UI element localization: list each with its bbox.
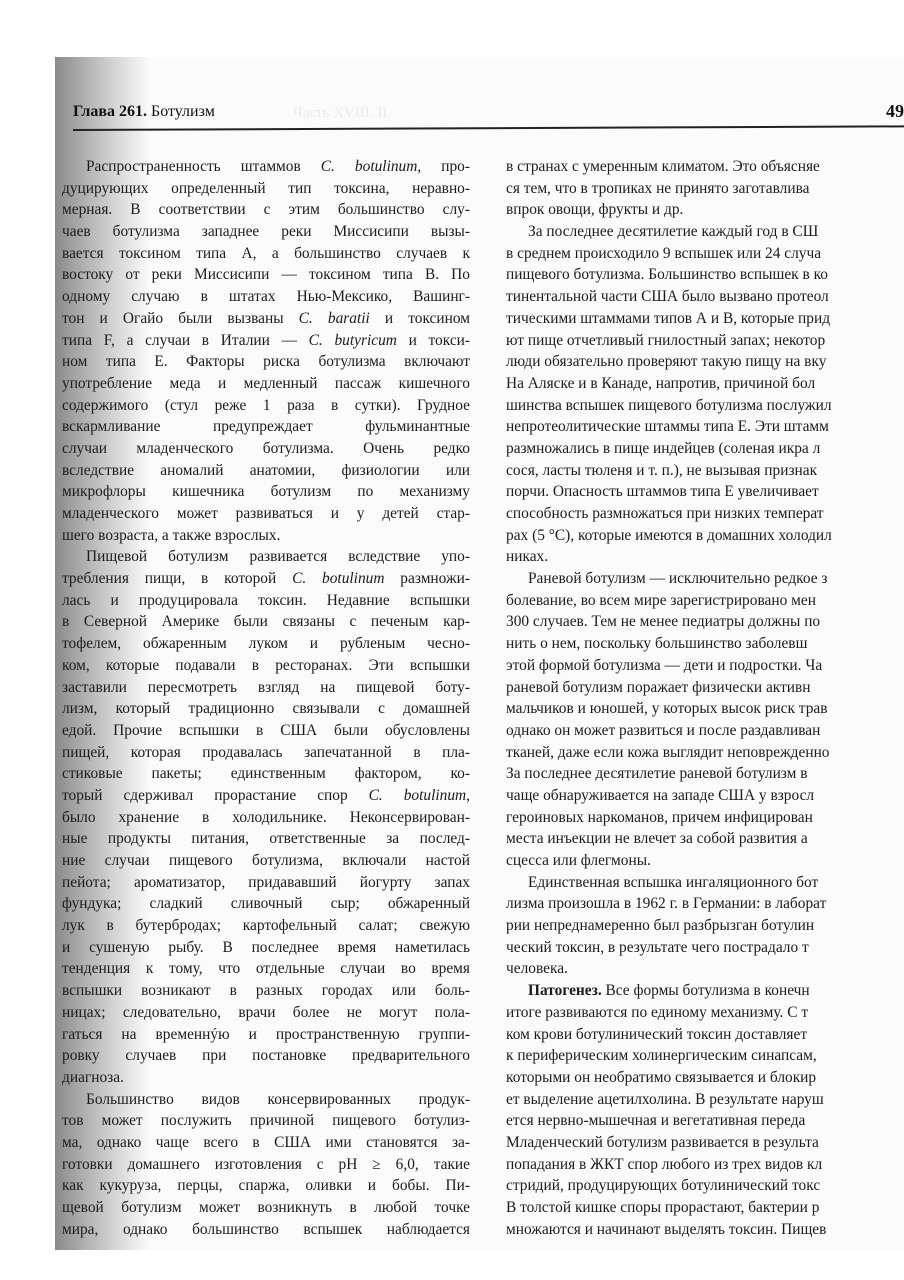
text-line: сося, ласты тюленя и т. п.), не вызывая …: [506, 460, 904, 482]
line-text: рах (5 °С), которые имеются в домашних х…: [506, 527, 832, 544]
text-line: к периферическим холинергическим синапса…: [506, 1045, 904, 1067]
line-text: лась и продуцировала токсин. Недавние вс…: [62, 592, 470, 609]
line-text: ческий токсин, в результате чего пострад…: [506, 939, 809, 956]
line-text: тенденция к тому, что отдельные случаи в…: [62, 960, 470, 977]
line-text: в среднем происходило 9 вспышек или 24 с…: [506, 245, 821, 262]
text-line: множаются и начинают выделять токсин. Пи…: [506, 1219, 904, 1241]
text-line: ние случаи пищевого ботулизма, включали …: [62, 850, 470, 872]
text-line: типа F, а случаи в Италии — C. butyricum…: [62, 330, 470, 352]
line-text: тон и Огайо были вызваны: [62, 310, 299, 327]
text-line: Единственная вспышка ингаляционного бот: [506, 872, 904, 894]
text-line: торый сдерживал прорастание спор C. botu…: [62, 785, 470, 807]
text-line: одному случаю в штатах Нью-Мексико, Ваши…: [62, 286, 470, 308]
line-text: множаются и начинают выделять токсин. Пи…: [506, 1221, 826, 1238]
line-text: типа F, а случаи в Италии —: [62, 332, 309, 349]
text-line: На Аляске и в Канаде, напротив, причиной…: [506, 373, 904, 395]
text-line: вается токсином типа А, а большинство сл…: [62, 243, 470, 265]
text-line: фундука; сладкий сливочный сыр; обжаренн…: [62, 893, 470, 915]
line-text: За последнее десятилетие каждый год в СШ: [528, 223, 818, 240]
text-line: ется нервно-мышечная и вегетативная пере…: [506, 1110, 904, 1132]
text-line: ницах; следовательно, врачи более не мог…: [62, 1002, 470, 1024]
line-text: рии непреднамеренно был разбрызган ботул…: [506, 917, 814, 934]
text-line: чаев ботулизма западнее реки Миссисипи в…: [62, 221, 470, 243]
text-line: щевой ботулизм может возникнуть в любой …: [62, 1197, 470, 1219]
line-text: этой формой ботулизма — дети и подростки…: [506, 657, 822, 674]
line-text: ют пище отчетливый гнилостный запах; нек…: [506, 332, 825, 349]
line-text: готовки домашнего изготовления с pH ≥ 6,…: [62, 1156, 470, 1173]
line-text: впрок овощи, фрукты и др.: [506, 201, 683, 218]
line-text: стридий, продуцирующих ботулинический то…: [506, 1177, 820, 1194]
text-line: Распространенность штаммов C. botulinum,…: [62, 156, 470, 178]
text-line: ком крови ботулинический токсин доставля…: [506, 1024, 904, 1046]
line-text: непротеолитические штаммы типа Е. Эти шт…: [506, 418, 829, 435]
line-text: торый сдерживал прорастание спор: [62, 787, 369, 804]
text-line: которыми он необратимо связывается и бло…: [506, 1067, 904, 1089]
line-text: ном типа Е. Факторы риска ботулизма вклю…: [62, 353, 470, 370]
text-line: места инъекции не влечет за собой развит…: [506, 828, 904, 850]
line-text: раневой ботулизм поражает физически акти…: [506, 679, 811, 696]
text-line: тическими штаммами типов А и В, которые …: [506, 308, 904, 330]
text-line: ровку случаев при постановке предварител…: [62, 1045, 470, 1067]
text-line: ма, однако чаще всего в США ими становят…: [62, 1132, 470, 1154]
line-text: тическими штаммами типов А и В, которые …: [506, 310, 830, 327]
text-line: случаи младенческого ботулизма. Очень ре…: [62, 438, 470, 460]
text-line: употребление меда и медленный пассаж киш…: [62, 373, 470, 395]
text-line: готовки домашнего изготовления с pH ≥ 6,…: [62, 1154, 470, 1176]
line-text-tail: ,: [466, 787, 470, 804]
text-line: заставили пересмотреть взгляд на пищевой…: [62, 677, 470, 699]
line-text: В толстой кишке споры прорастают, бактер…: [506, 1199, 819, 1216]
text-line: вспышки возникают в разных городах или б…: [62, 980, 470, 1002]
text-line: микрофлоры кишечника ботулизм по механиз…: [62, 481, 470, 503]
line-text: мира, однако большинство вспышек наблюда…: [62, 1221, 470, 1238]
text-line: В толстой кишке споры прорастают, бактер…: [506, 1197, 904, 1219]
text-line: итоге развиваются по единому механизму. …: [506, 1002, 904, 1024]
text-line: впрок овощи, фрукты и др.: [506, 199, 904, 221]
left-text-column: Распространенность штаммов C. botulinum,…: [62, 156, 470, 1240]
text-line: лась и продуцировала токсин. Недавние вс…: [62, 590, 470, 612]
text-line: нить о нем, поскольку большинство заболе…: [506, 633, 904, 655]
line-text: диагноза.: [62, 1069, 124, 1086]
line-text: тканей, даже если кожа выглядит неповреж…: [506, 744, 830, 761]
line-text-tail: размножи-: [384, 570, 470, 587]
chapter-label: Глава 261.: [73, 103, 147, 120]
line-text: героиновых наркоманов, причем инфицирова…: [506, 809, 813, 826]
line-text: мерная. В соответствии с этим большинств…: [62, 201, 470, 218]
text-line: Большинство видов консервированных проду…: [62, 1089, 470, 1111]
line-text: Все формы ботулизма в конечн: [602, 982, 810, 999]
text-line: лизм, который традиционно связывали с до…: [62, 698, 470, 720]
text-line: непротеолитические штаммы типа Е. Эти шт…: [506, 416, 904, 438]
text-line: стиковые пакеты; единственным фактором, …: [62, 763, 470, 785]
line-text: вскармливание предупреждает фульминантны…: [62, 418, 470, 435]
text-line: лизма произошла в 1962 г. в Германии: в …: [506, 893, 904, 915]
text-line: ческий токсин, в результате чего пострад…: [506, 937, 904, 959]
text-line: этой формой ботулизма — дети и подростки…: [506, 655, 904, 677]
text-line: Пищевой ботулизм развивается вследствие …: [62, 546, 470, 568]
text-line: ные продукты питания, ответственные за п…: [62, 828, 470, 850]
line-text: тов может послужить причиной пищевого бо…: [62, 1112, 470, 1129]
line-text: содержимого (стул реже 1 раза в сутки). …: [62, 397, 470, 414]
species-name: C. botulinum: [292, 570, 384, 587]
line-text: пищей, которая продавалась запечатанной …: [62, 744, 470, 761]
line-text: заставили пересмотреть взгляд на пищевой…: [62, 679, 470, 696]
line-text: ется нервно-мышечная и вегетативная пере…: [506, 1112, 805, 1129]
text-line: попадания в ЖКТ спор любого из трех видо…: [506, 1154, 904, 1176]
line-text: одному случаю в штатах Нью-Мексико, Ваши…: [62, 288, 470, 305]
page-number: 49: [886, 101, 904, 122]
text-line: вследствие аномалий анатомии, физиологии…: [62, 460, 470, 482]
text-line: лук в бутербродах; картофельный салат; с…: [62, 915, 470, 937]
line-text: мальчиков и юношей, у которых высок риск…: [506, 700, 828, 717]
line-text: итоге развиваются по единому механизму. …: [506, 1004, 808, 1021]
line-text: к периферическим холинергическим синапса…: [506, 1047, 817, 1064]
text-line: в странах с умеренным климатом. Это объя…: [506, 156, 904, 178]
chapter-heading: Глава 261. Ботулизм: [73, 103, 215, 121]
line-text: Пищевой ботулизм развивается вследствие …: [86, 548, 470, 565]
text-line: в среднем происходило 9 вспышек или 24 с…: [506, 243, 904, 265]
line-text: лук в бутербродах; картофельный салат; с…: [62, 917, 470, 934]
text-line: мира, однако большинство вспышек наблюда…: [62, 1219, 470, 1241]
text-line: тофелем, обжаренным луком и рубленым чес…: [62, 633, 470, 655]
line-text: как кукуруза, перцы, спаржа, оливки и бо…: [62, 1177, 470, 1194]
text-line: как кукуруза, перцы, спаржа, оливки и бо…: [62, 1175, 470, 1197]
line-text: однако он может развиться и после раздав…: [506, 722, 820, 739]
text-line: ком, которые подавали в ресторанах. Эти …: [62, 655, 470, 677]
right-text-column: в странах с умеренным климатом. Это объя…: [506, 156, 904, 1240]
line-text: способность размножаться при низких темп…: [506, 505, 824, 522]
line-text: люди обязательно проверяют такую пищу на…: [506, 353, 826, 370]
text-line: ном типа Е. Факторы риска ботулизма вклю…: [62, 351, 470, 373]
line-text: требления пищи, в которой: [62, 570, 292, 587]
line-text: было хранение в холодильнике. Неконсерви…: [62, 809, 470, 826]
line-text: За последнее десятилетие раневой ботулиз…: [506, 765, 808, 782]
line-text: востоку от реки Миссисипи — токсином тип…: [62, 266, 470, 283]
line-text: тофелем, обжаренным луком и рубленым чес…: [62, 635, 470, 652]
text-line: Младенческий ботулизм развивается в резу…: [506, 1132, 904, 1154]
line-text: вследствие аномалий анатомии, физиологии…: [62, 462, 470, 479]
species-name: C. botulinum: [321, 158, 418, 175]
line-text-tail: и токси-: [397, 332, 470, 349]
line-text: младенческого может развиваться и у дете…: [62, 505, 470, 522]
line-text: Единственная вспышка ингаляционного бот: [528, 874, 818, 891]
line-text: пищевого ботулизма. Большинство вспышек …: [506, 266, 828, 283]
line-text: в Северной Америке были связаны с печены…: [62, 613, 470, 630]
species-name: C. baratii: [299, 310, 370, 327]
line-text-tail: и токсином: [370, 310, 470, 327]
line-text: чаще обнаруживается на западе США у взро…: [506, 787, 814, 804]
text-line: содержимого (стул реже 1 раза в сутки). …: [62, 395, 470, 417]
text-line: ет выделение ацетилхолина. В результате …: [506, 1089, 904, 1111]
line-text: ком крови ботулинический токсин доставля…: [506, 1026, 807, 1043]
line-text: тинентальной части США было вызвано прот…: [506, 288, 829, 305]
chapter-title: Ботулизм: [151, 103, 215, 120]
header-rule: [73, 125, 904, 131]
text-line: чаще обнаруживается на западе США у взро…: [506, 785, 904, 807]
text-line: ся тем, что в тропиках не принято загота…: [506, 178, 904, 200]
line-text: места инъекции не влечет за собой развит…: [506, 830, 808, 847]
text-line: болевание, во всем мире зарегистрировано…: [506, 590, 904, 612]
text-line: пищей, которая продавалась запечатанной …: [62, 742, 470, 764]
text-line: порчи. Опасность штаммов типа Е увеличив…: [506, 481, 904, 503]
species-name: C. butyricum: [309, 332, 397, 349]
line-text: ровку случаев при постановке предварител…: [62, 1047, 470, 1064]
text-line: тканей, даже если кожа выглядит неповреж…: [506, 742, 904, 764]
text-line: За последнее десятилетие раневой ботулиз…: [506, 763, 904, 785]
text-line: шинства вспышек пищевого ботулизма послу…: [506, 395, 904, 417]
line-text: употребление меда и медленный пассаж киш…: [62, 375, 470, 392]
line-text: сцесса или флегмоны.: [506, 852, 651, 869]
line-text: в странах с умеренным климатом. Это объя…: [506, 158, 820, 175]
line-text: шего возраста, а также взрослых.: [62, 527, 280, 544]
line-text: ком, которые подавали в ресторанах. Эти …: [62, 657, 470, 674]
text-line: Раневой ботулизм — исключительно редкое …: [506, 568, 904, 590]
text-line: пищевого ботулизма. Большинство вспышек …: [506, 264, 904, 286]
text-line: люди обязательно проверяют такую пищу на…: [506, 351, 904, 373]
line-text: вспышки возникают в разных городах или б…: [62, 982, 470, 999]
species-name: C. botulinum: [369, 787, 467, 804]
line-text: болевание, во всем мире зарегистрировано…: [506, 592, 816, 609]
text-line: однако он может развиться и после раздав…: [506, 720, 904, 742]
text-line: тон и Огайо были вызваны C. baratii и то…: [62, 308, 470, 330]
text-line: раневой ботулизм поражает физически акти…: [506, 677, 904, 699]
line-text: и сушеную рыбу. В последнее время намети…: [62, 939, 470, 956]
line-text: едой. Прочие вспышки в США были обусловл…: [62, 722, 470, 739]
text-line: было хранение в холодильнике. Неконсерви…: [62, 807, 470, 829]
text-line: вскармливание предупреждает фульминантны…: [62, 416, 470, 438]
line-text: сося, ласты тюленя и т. п.), не вызывая …: [506, 462, 817, 479]
line-text: которыми он необратимо связывается и бло…: [506, 1069, 816, 1086]
text-line: мальчиков и юношей, у которых высок риск…: [506, 698, 904, 720]
line-text: Распространенность штаммов: [86, 158, 321, 175]
line-text: дуцирующих определенный тип токсина, нер…: [62, 180, 470, 197]
text-line: размножались в пище индейцев (соленая ик…: [506, 438, 904, 460]
line-text: ся тем, что в тропиках не принято загота…: [506, 180, 809, 197]
line-text: ницах; следовательно, врачи более не мог…: [62, 1004, 470, 1021]
text-line: способность размножаться при низких темп…: [506, 503, 904, 525]
section-heading-inline: Патогенез.: [528, 982, 602, 999]
line-text: размножались в пище индейцев (соленая ик…: [506, 440, 820, 457]
text-line: диагноза.: [62, 1067, 470, 1089]
line-text: ние случаи пищевого ботулизма, включали …: [62, 852, 470, 869]
text-line: в Северной Америке были связаны с печены…: [62, 611, 470, 633]
line-text: 300 случаев. Тем не менее педиатры должн…: [506, 613, 820, 630]
text-line: и сушеную рыбу. В последнее время намети…: [62, 937, 470, 959]
line-text: микрофлоры кишечника ботулизм по механиз…: [62, 483, 470, 500]
line-text: никах.: [506, 548, 548, 565]
line-text: попадания в ЖКТ спор любого из трех видо…: [506, 1156, 822, 1173]
text-line: сцесса или флегмоны.: [506, 850, 904, 872]
line-text: человека.: [506, 960, 568, 977]
line-text: На Аляске и в Канаде, напротив, причиной…: [506, 375, 815, 392]
text-line: требления пищи, в которой C. botulinum р…: [62, 568, 470, 590]
line-text: ет выделение ацетилхолина. В результате …: [506, 1091, 824, 1108]
line-text: гаться на временнýю и пространственную г…: [62, 1026, 470, 1043]
running-head: Глава 261. Ботулизм 49: [73, 99, 904, 133]
line-text: Раневой ботулизм — исключительно редкое …: [528, 570, 828, 587]
line-text: вается токсином типа А, а большинство сл…: [62, 245, 470, 262]
line-text: ма, однако чаще всего в США ими становят…: [62, 1134, 470, 1151]
line-text: ные продукты питания, ответственные за п…: [62, 830, 470, 847]
line-text: случаи младенческого ботулизма. Очень ре…: [62, 440, 470, 457]
line-text: Большинство видов консервированных проду…: [86, 1091, 470, 1108]
text-line: рии непреднамеренно был разбрызган ботул…: [506, 915, 904, 937]
line-text: стиковые пакеты; единственным фактором, …: [62, 765, 470, 782]
line-text: нить о нем, поскольку большинство заболе…: [506, 635, 807, 652]
text-line: рах (5 °С), которые имеются в домашних х…: [506, 525, 904, 547]
scanned-book-page: Часть XVIII. II Глава 261. Ботулизм 49 Р…: [55, 57, 904, 1250]
text-line: младенческого может развиваться и у дете…: [62, 503, 470, 525]
text-line: шего возраста, а также взрослых.: [62, 525, 470, 547]
text-line: человека.: [506, 958, 904, 980]
text-line: тов может послужить причиной пищевого бо…: [62, 1110, 470, 1132]
text-line: 300 случаев. Тем не менее педиатры должн…: [506, 611, 904, 633]
line-text: фундука; сладкий сливочный сыр; обжаренн…: [62, 895, 470, 912]
line-text: лизма произошла в 1962 г. в Германии: в …: [506, 895, 826, 912]
text-line: героиновых наркоманов, причем инфицирова…: [506, 807, 904, 829]
text-line: Патогенез. Все формы ботулизма в конечн: [506, 980, 904, 1002]
text-line: востоку от реки Миссисипи — токсином тип…: [62, 264, 470, 286]
line-text-tail: , про-: [417, 158, 470, 175]
line-text: чаев ботулизма западнее реки Миссисипи в…: [62, 223, 470, 240]
line-text: пейота; ароматизатор, придававший йогурт…: [62, 874, 470, 891]
text-line: дуцирующих определенный тип токсина, нер…: [62, 178, 470, 200]
text-line: никах.: [506, 546, 904, 568]
text-line: тинентальной части США было вызвано прот…: [506, 286, 904, 308]
text-line: едой. Прочие вспышки в США были обусловл…: [62, 720, 470, 742]
text-line: гаться на временнýю и пространственную г…: [62, 1024, 470, 1046]
line-text: порчи. Опасность штаммов типа Е увеличив…: [506, 483, 819, 500]
line-text: лизм, который традиционно связывали с до…: [62, 700, 470, 717]
text-line: ют пище отчетливый гнилостный запах; нек…: [506, 330, 904, 352]
text-line: За последнее десятилетие каждый год в СШ: [506, 221, 904, 243]
text-line: пейота; ароматизатор, придававший йогурт…: [62, 872, 470, 894]
text-line: мерная. В соответствии с этим большинств…: [62, 199, 470, 221]
text-line: тенденция к тому, что отдельные случаи в…: [62, 958, 470, 980]
text-line: стридий, продуцирующих ботулинический то…: [506, 1175, 904, 1197]
line-text: Младенческий ботулизм развивается в резу…: [506, 1134, 819, 1151]
line-text: щевой ботулизм может возникнуть в любой …: [62, 1199, 470, 1216]
line-text: шинства вспышек пищевого ботулизма послу…: [506, 397, 832, 414]
